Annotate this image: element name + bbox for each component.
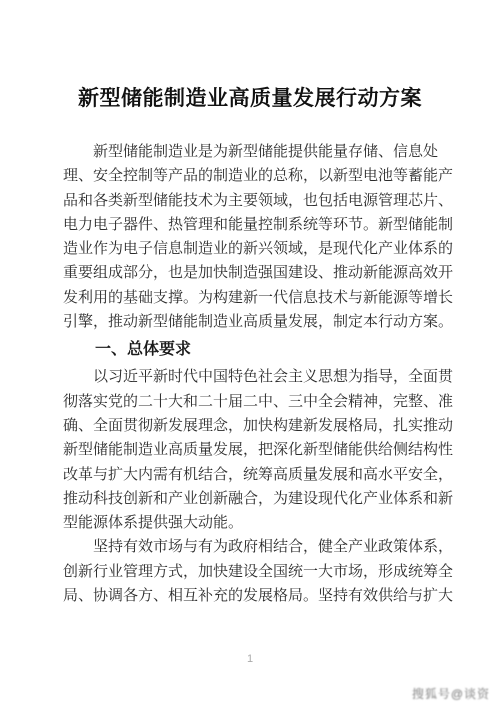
paragraph-line: 型能源体系提供强大动能。 xyxy=(63,511,437,535)
document-body: 新型储能制造业是为新型储能提供能量存储、信息处 理、安全控制等产品的制造业的总称… xyxy=(63,140,437,608)
section-heading-overall-requirements: 一、总体要求 xyxy=(63,337,437,362)
paragraph-line: 品和各类新型储能技术为主要领域，也包括电源管理芯片、 xyxy=(63,189,437,213)
paragraph-line: 改革与扩大内需有机结合，统筹高质量发展和高水平安全， xyxy=(63,463,437,487)
paragraph-2: 以习近平新时代中国特色社会主义思想为指导，全面贯 彻落实党的二十大和二十届二中、… xyxy=(63,365,437,535)
paragraph-line: 以习近平新时代中国特色社会主义思想为指导，全面贯 xyxy=(63,365,437,389)
paragraph-line: 重要组成部分，也是加快制造强国建设、推动新能源高效开 xyxy=(63,261,437,285)
paragraph-line: 彻落实党的二十大和二十届二中、三中全会精神，完整、准 xyxy=(63,390,437,414)
paragraph-line: 理、安全控制等产品的制造业的总称，以新型电池等蓄能产 xyxy=(63,164,437,188)
paragraph-line: 坚持有效市场与有为政府相结合，健全产业政策体系， xyxy=(63,535,437,559)
paragraph-line: 创新行业管理方式，加快建设全国统一大市场，形成统筹全 xyxy=(63,560,437,584)
paragraph-line: 引擎，推动新型储能制造业高质量发展，制定本行动方案。 xyxy=(63,310,437,334)
document-page: 新型储能制造业高质量发展行动方案 新型储能制造业是为新型储能提供能量存储、信息处… xyxy=(0,0,500,707)
paragraph-line: 确、全面贯彻新发展理念，加快构建新发展格局，扎实推动 xyxy=(63,414,437,438)
paragraph-line: 新型储能制造业是为新型储能提供能量存储、信息处 xyxy=(63,140,437,164)
paragraph-line: 电力电子器件、热管理和能量控制系统等环节。新型储能制 xyxy=(63,213,437,237)
page-number: 1 xyxy=(0,653,500,665)
paragraph-line: 局、协调各方、相互补充的发展格局。坚持有效供给与扩大 xyxy=(63,584,437,608)
paragraph-3: 坚持有效市场与有为政府相结合，健全产业政策体系， 创新行业管理方式，加快建设全国… xyxy=(63,535,437,608)
paragraph-line: 造业作为电子信息制造业的新兴领域，是现代化产业体系的 xyxy=(63,237,437,261)
paragraph-1: 新型储能制造业是为新型储能提供能量存储、信息处 理、安全控制等产品的制造业的总称… xyxy=(63,140,437,334)
watermark-text: 搜狐号@谈资 xyxy=(412,685,490,702)
paragraph-line: 推动科技创新和产业创新融合，为建设现代化产业体系和新 xyxy=(63,487,437,511)
document-title: 新型储能制造业高质量发展行动方案 xyxy=(0,84,500,112)
paragraph-line: 新型储能制造业高质量发展，把深化新型储能供给侧结构性 xyxy=(63,438,437,462)
paragraph-line: 发利用的基础支撑。为构建新一代信息技术与新能源等增长 xyxy=(63,286,437,310)
